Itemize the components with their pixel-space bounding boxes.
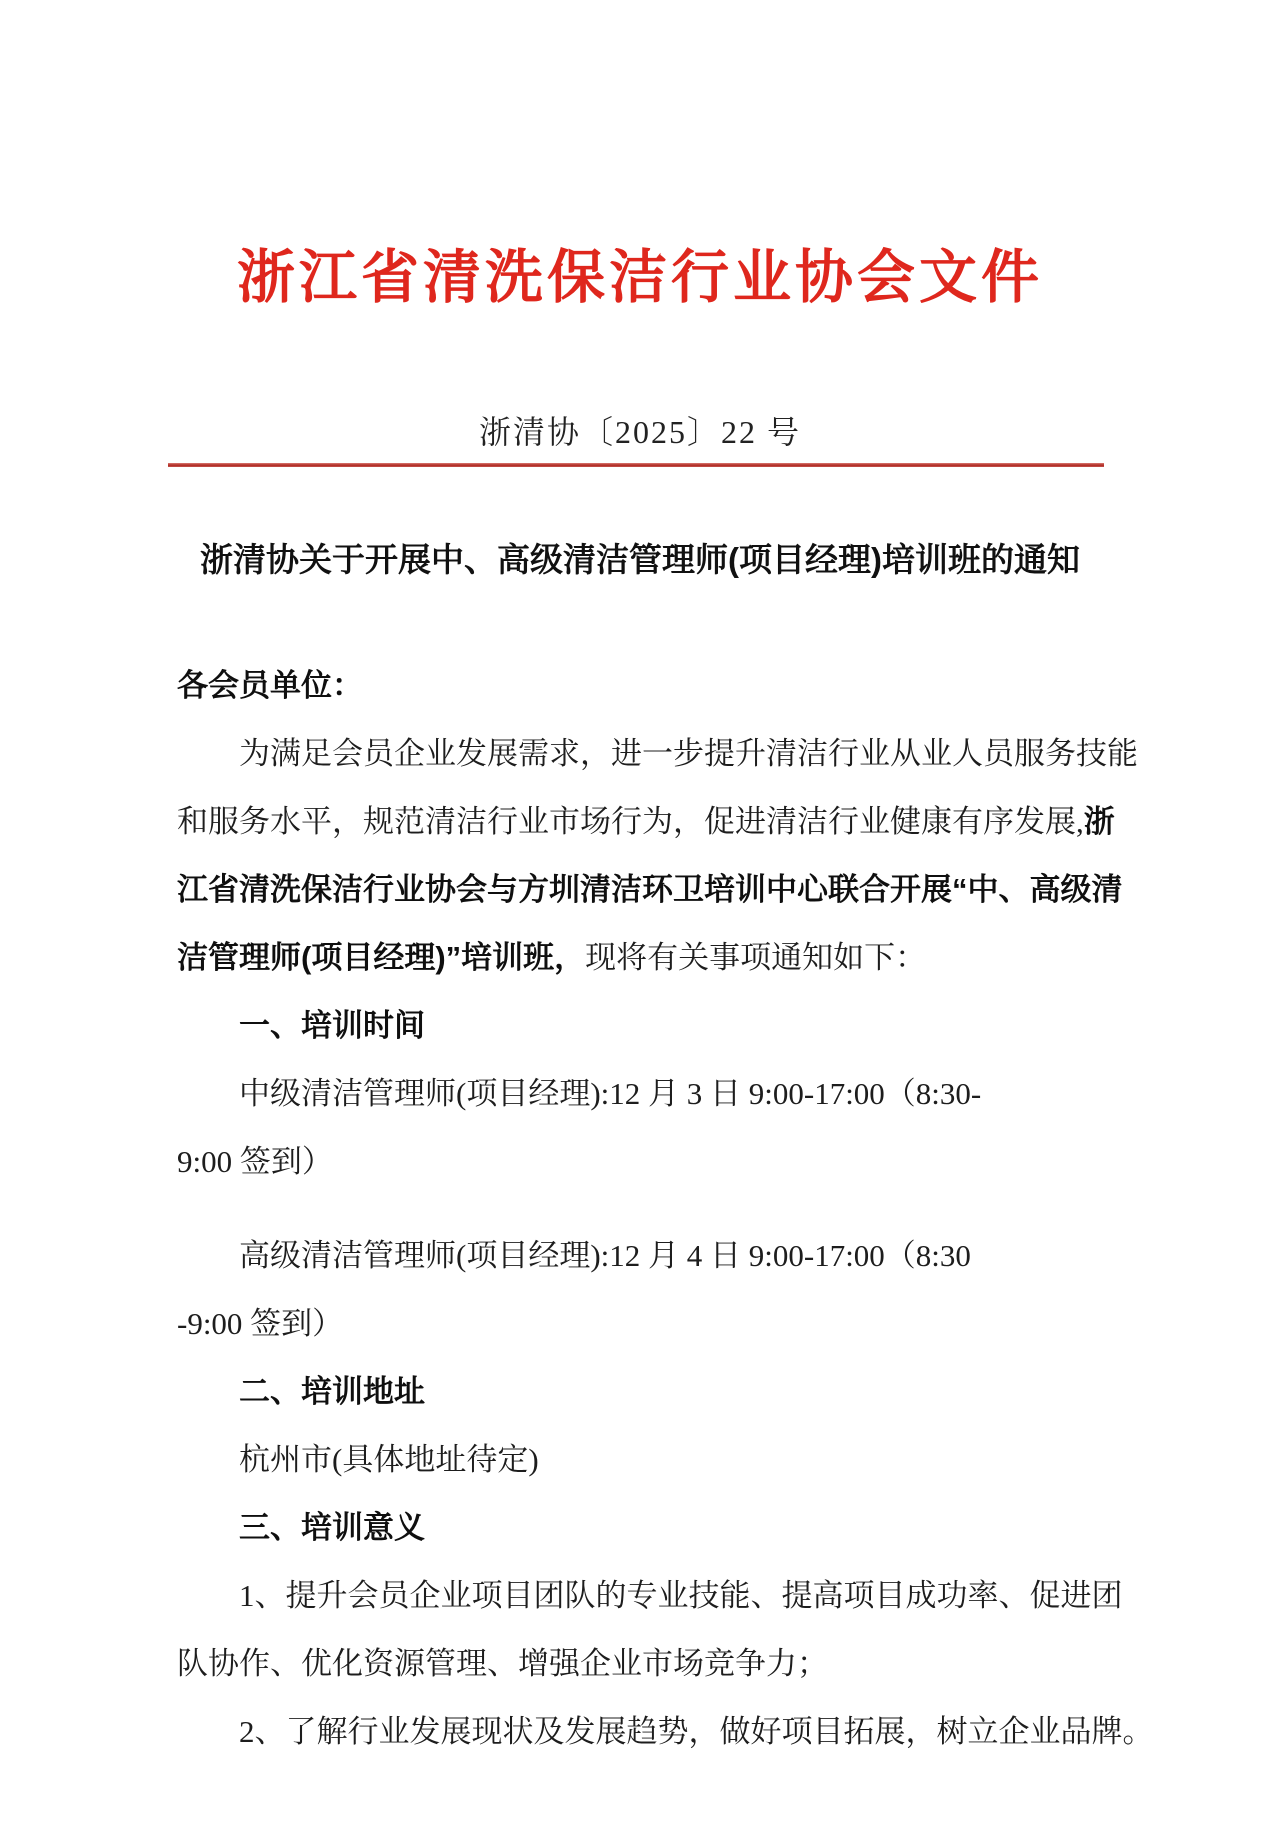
body-line: 中级清洁管理师(项目经理):12 月 3 日 9:00-17:00（8:30- — [177, 1056, 1117, 1124]
body-text-bold: 江省清洗保洁行业协会与方圳清洁环卫培训中心联合开展“中、高级清 — [177, 864, 1123, 909]
doc-number: 浙清协〔2025〕22 号 — [0, 412, 1280, 452]
body-text: 队协作、优化资源管理、增强企业市场竞争力； — [177, 1638, 828, 1683]
document-page: 浙江省清洗保洁行业协会文件 浙清协〔2025〕22 号 浙清协关于开展中、高级清… — [0, 0, 1280, 1848]
body-line: 杭州市(具体地址待定) — [177, 1422, 1117, 1490]
body-line: 2、了解行业发展现状及发展趋势，做好项目拓展，树立企业品牌。 — [177, 1694, 1117, 1762]
body-line: 洁管理师(项目经理)”培训班，现将有关事项通知如下： — [177, 920, 1117, 988]
body-text: 1、提升会员企业项目团队的专业技能、提高项目成功率、促进团 — [239, 1570, 1123, 1615]
body-text: 中级清洁管理师(项目经理):12 月 3 日 9:00-17:00（8:30- — [239, 1068, 981, 1113]
body-line: 各会员单位： — [177, 648, 1117, 716]
document-body: 各会员单位：为满足会员企业发展需求，进一步提升清洁行业从业人员服务技能和服务水平… — [177, 648, 1117, 1762]
body-line: 队协作、优化资源管理、增强企业市场竞争力； — [177, 1626, 1117, 1694]
body-text: -9:00 签到） — [177, 1298, 343, 1343]
body-text-bold: 一、培训时间 — [239, 1000, 425, 1045]
body-line: -9:00 签到） — [177, 1286, 1117, 1354]
body-text-bold: 浙 — [1084, 796, 1115, 841]
notice-title: 浙清协关于开展中、高级清洁管理师(项目经理)培训班的通知 — [0, 540, 1280, 580]
body-line: 三、培训意义 — [177, 1490, 1117, 1558]
body-line: 高级清洁管理师(项目经理):12 月 4 日 9:00-17:00（8:30 — [177, 1218, 1117, 1286]
body-text-bold: 二、培训地址 — [239, 1366, 425, 1411]
body-text-bold: 各会员单位： — [177, 660, 363, 705]
body-line: 9:00 签到） — [177, 1124, 1117, 1192]
body-line: 二、培训地址 — [177, 1354, 1117, 1422]
body-text: 高级清洁管理师(项目经理):12 月 4 日 9:00-17:00（8:30 — [239, 1230, 971, 1275]
body-text: 为满足会员企业发展需求，进一步提升清洁行业从业人员服务技能 — [239, 728, 1138, 773]
body-text: 2、了解行业发展现状及发展趋势，做好项目拓展，树立企业品牌。 — [239, 1706, 1154, 1751]
body-text-bold: 洁管理师(项目经理)”培训班， — [177, 932, 585, 977]
body-text: 现将有关事项通知如下： — [585, 932, 926, 977]
body-line: 为满足会员企业发展需求，进一步提升清洁行业从业人员服务技能 — [177, 716, 1117, 784]
body-line: 江省清洗保洁行业协会与方圳清洁环卫培训中心联合开展“中、高级清 — [177, 852, 1117, 920]
red-divider-line — [168, 463, 1104, 467]
org-title: 浙江省清洗保洁行业协会文件 — [0, 244, 1280, 312]
body-text: 杭州市(具体地址待定) — [239, 1434, 539, 1479]
body-line: 1、提升会员企业项目团队的专业技能、提高项目成功率、促进团 — [177, 1558, 1117, 1626]
body-line: 和服务水平，规范清洁行业市场行为，促进清洁行业健康有序发展,浙 — [177, 784, 1117, 852]
body-text: 9:00 签到） — [177, 1136, 333, 1181]
body-text: 和服务水平，规范清洁行业市场行为，促进清洁行业健康有序发展, — [177, 796, 1084, 841]
body-text-bold: 三、培训意义 — [239, 1502, 425, 1547]
body-line: 一、培训时间 — [177, 988, 1117, 1056]
